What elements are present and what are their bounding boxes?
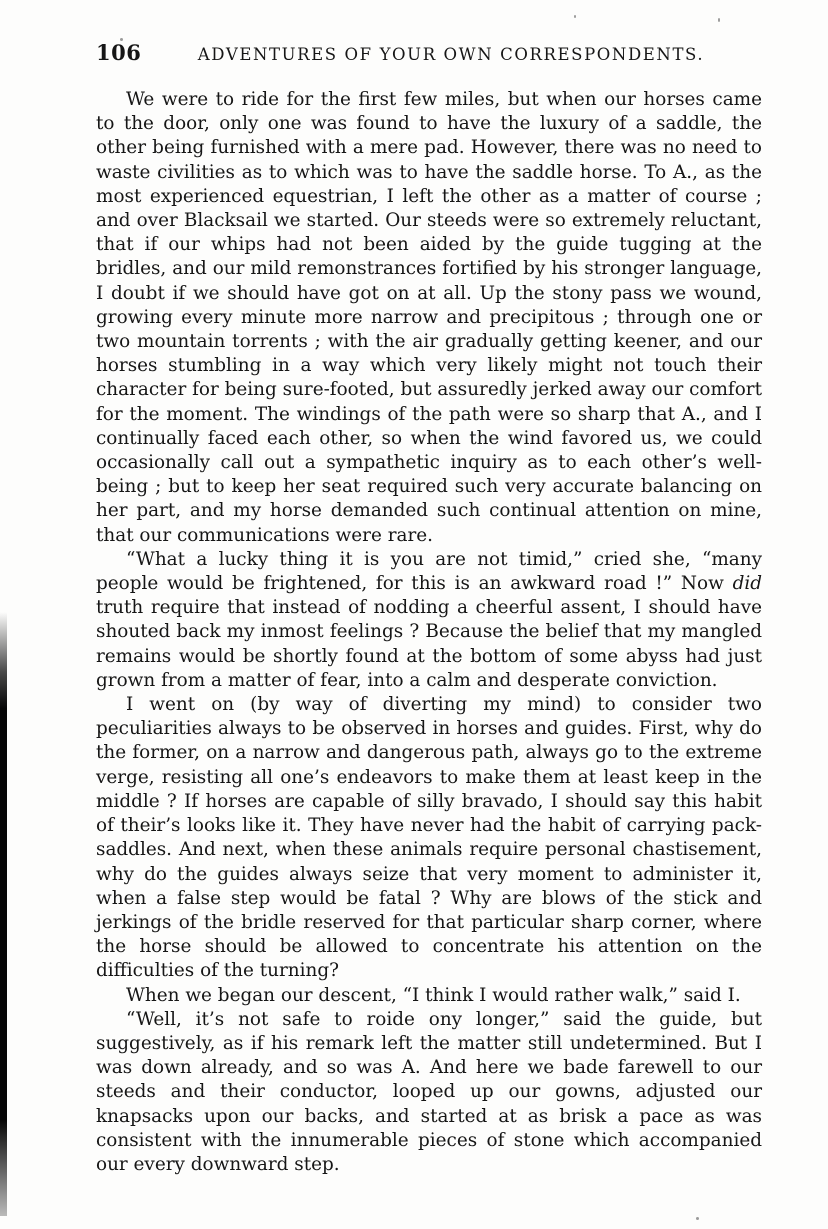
paragraph: I went on (by way of diverting my mind) … <box>96 693 762 983</box>
paragraph: We were to ride for the first few miles,… <box>96 88 762 548</box>
paragraph: When we began our descent, “I think I wo… <box>96 984 762 1008</box>
body-text: When we began our descent, “I think I wo… <box>126 985 741 1006</box>
body-text: We were to ride for the first few miles,… <box>96 89 762 546</box>
gutter-shadow <box>0 612 7 1216</box>
body-text: “What a lucky thing it is you are not ti… <box>96 549 762 594</box>
scan-speck <box>718 18 720 22</box>
scan-speck <box>120 38 123 41</box>
page-header: 106 ADVENTURES OF YOUR OWN CORRESPONDENT… <box>96 40 762 65</box>
body-text: truth require that instead of nodding a … <box>96 597 762 691</box>
body-text: “Well, it’s not safe to roide ony longer… <box>96 1009 762 1175</box>
scan-speck <box>574 15 576 18</box>
book-page: 106 ADVENTURES OF YOUR OWN CORRESPONDENT… <box>0 0 828 1229</box>
running-title: ADVENTURES OF YOUR OWN CORRESPONDENTS. <box>154 45 748 64</box>
italic-text: did <box>733 573 762 594</box>
paragraph: “What a lucky thing it is you are not ti… <box>96 548 762 693</box>
text-block: We were to ride for the first few miles,… <box>96 88 762 1177</box>
scan-speck <box>696 1217 699 1220</box>
paragraph: “Well, it’s not safe to roide ony longer… <box>96 1008 762 1177</box>
body-text: I went on (by way of diverting my mind) … <box>96 694 762 981</box>
